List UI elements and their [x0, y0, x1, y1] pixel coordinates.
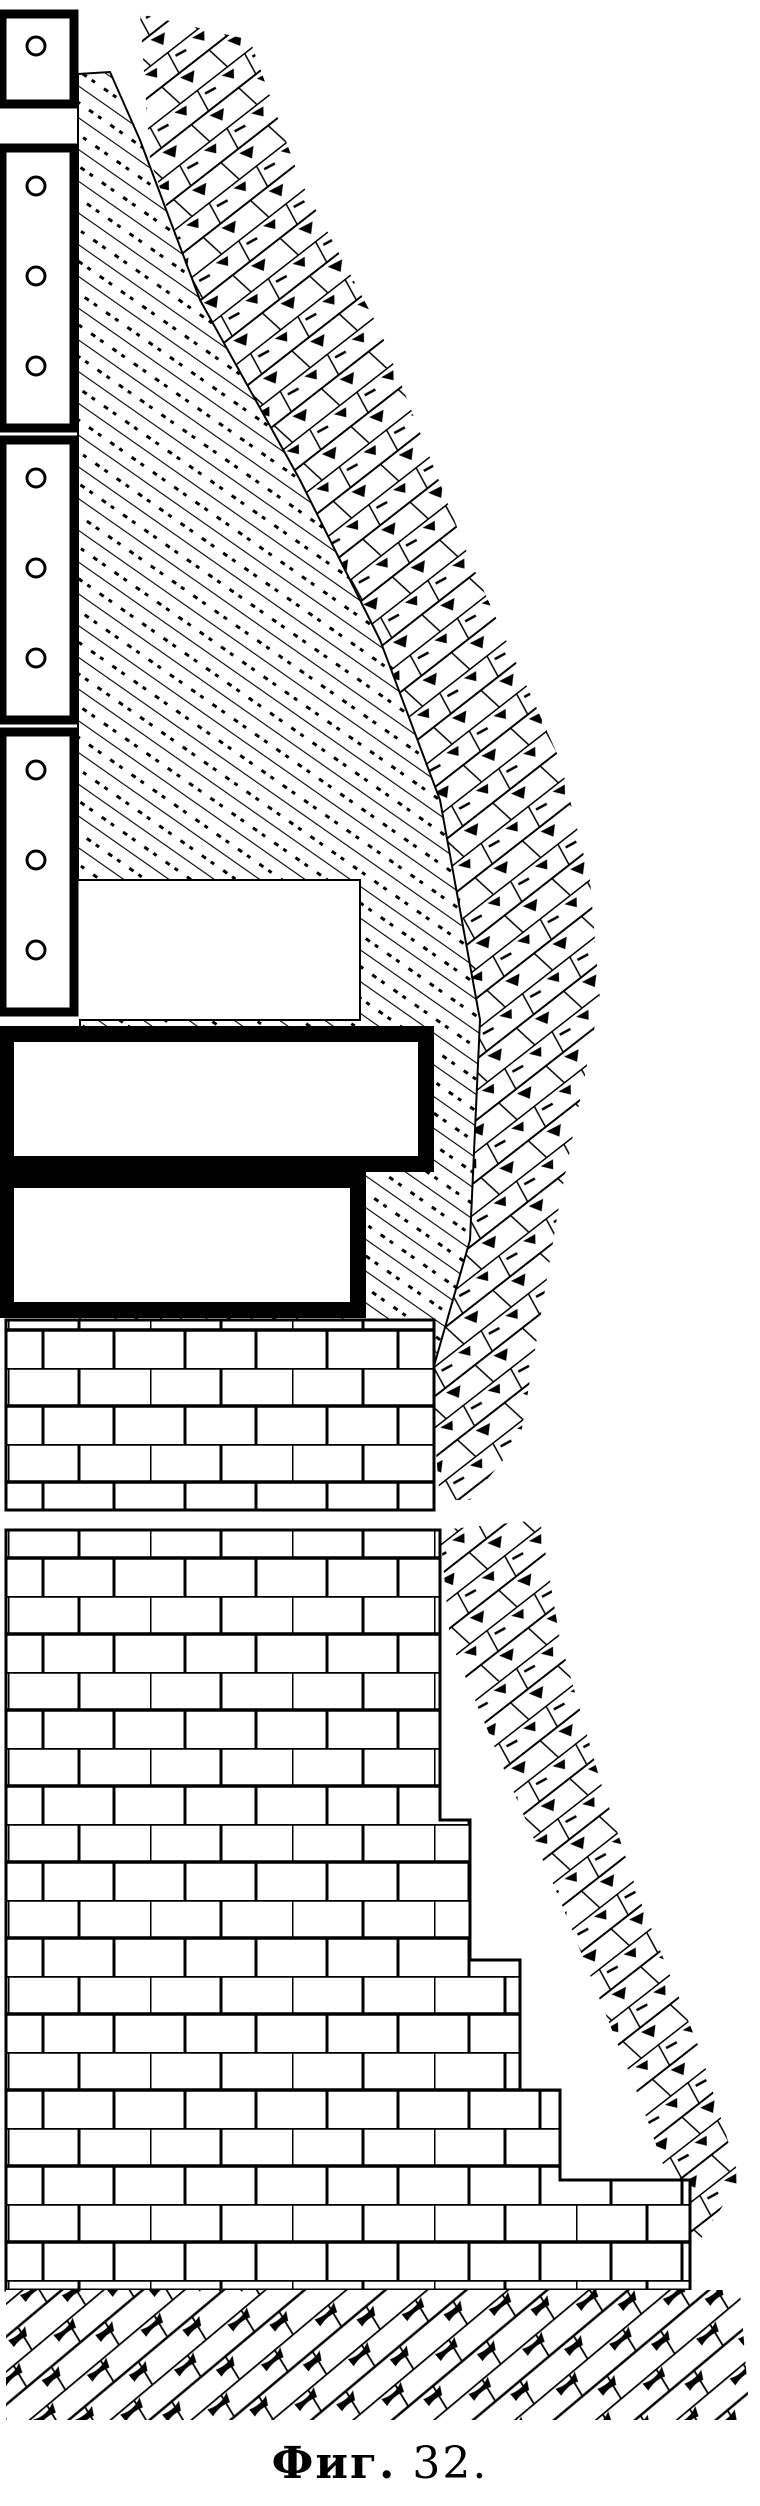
upper-slab	[6, 1034, 426, 1164]
lower-slab	[6, 1180, 358, 1310]
figure-caption: Фиг. 32.	[0, 2438, 760, 2489]
caption-number: 32.	[412, 2438, 488, 2489]
caption-word: Фиг.	[272, 2438, 397, 2489]
rubble-foundation	[6, 2290, 750, 2420]
figure-drawing	[0, 0, 760, 2420]
upper-brick-course	[6, 1320, 434, 1510]
bolted-panel-column	[2, 14, 74, 1012]
